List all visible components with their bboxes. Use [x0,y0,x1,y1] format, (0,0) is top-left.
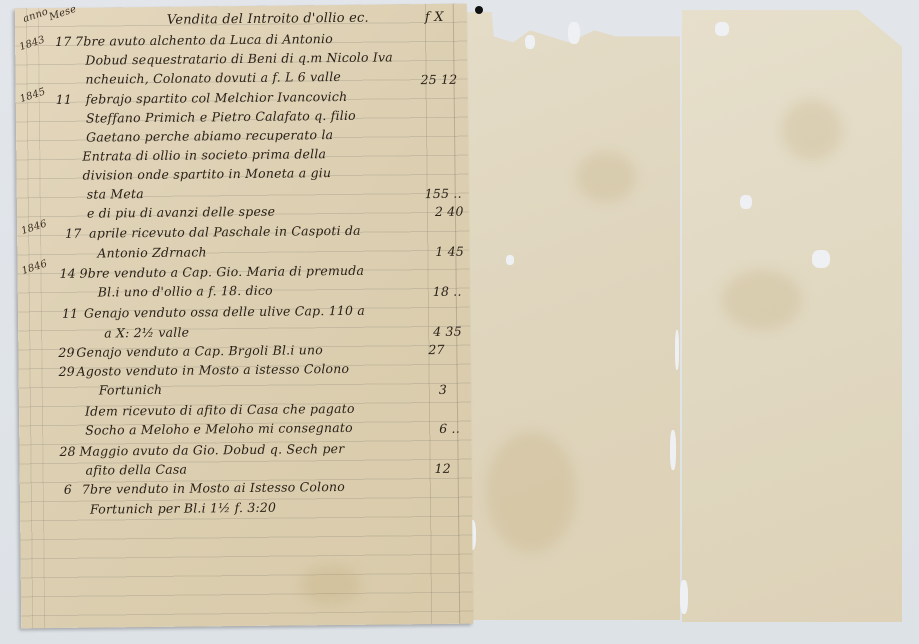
entry-line: aprile ricevuto dal Paschale in Caspoti … [89,223,361,241]
entry-day: 17 [65,226,81,241]
entry-line: Bl.i uno d'ollio a f. 18. dico [98,283,273,300]
entry-line: Steffano Primich e Pietro Calafato q. fi… [86,108,356,126]
entry-amount: 12 [435,461,451,476]
entry-year: 1846 [20,218,48,237]
entry-year: 1846 [20,258,48,277]
column-header-anno: anno [22,6,50,25]
ledger-page: anno Mese Vendita del Introito d'ollio e… [15,4,473,629]
entry-line: Maggio avuto da Gio. Dobud q. Sech per [79,441,344,459]
entry-amount: 27 [428,342,444,357]
paper-hole [715,22,729,36]
entry-day: 6 [64,482,72,497]
ledger-title: Vendita del Introito d'ollio ec. [167,11,369,28]
entry-line: Fortunich per Bl.i 1½ f. 3:20 [90,500,276,517]
entry-line: Agosto venduto in Mosto a istesso Colono [76,361,349,379]
paper-hole [740,195,752,209]
entry-amount: 25 12 [420,72,457,87]
entry-amount: 155 .. [425,186,462,201]
entry-day: 17 [55,34,71,49]
entry-amount: 1 45 [435,244,464,259]
entry-line: afito della Casa [86,462,188,478]
paper-hole [680,580,688,614]
entry-line: sta Meta [87,186,144,202]
entry-line: Genajo venduto ossa delle ulive Cap. 110… [84,303,365,321]
entry-day: 14 [59,266,75,281]
paper-hole [525,35,535,49]
entry-line: Genajo venduto a Cap. Brgoli Bl.i uno [76,342,323,360]
ink-spot [475,6,483,14]
paper-hole [812,250,830,268]
entry-year: 1843 [18,34,46,53]
entry-line: Antonio Zdrnach [97,244,207,260]
entry-line: Gaetano perche abiamo recuperato la [86,127,333,145]
entry-line: ncheuich, Colonato dovuti a f. L 6 valle [85,69,341,87]
entry-amount: 2 40 [435,204,464,219]
entry-line: 7bre avuto alchento da Luca di Antonio [75,31,333,49]
entry-line: e di piu di avanzi delle spese [87,204,275,221]
entry-line: 7bre venduto in Mosto ai Istesso Colono [82,479,345,497]
entry-day: 29 [58,364,74,379]
entry-day: 29 [58,345,74,360]
entry-line: Dobud sequestratario di Beni di q.m Nico… [85,49,393,67]
entry-year: 1845 [19,86,47,105]
entry-amount: 3 [439,382,447,397]
right-blank-page [682,10,902,622]
torn-middle-page [466,12,680,620]
paper-hole [675,330,679,370]
entry-day: 11 [62,306,78,321]
entry-line: Idem ricevuto di afito di Casa che pagat… [85,401,355,419]
entry-day: 11 [56,92,72,107]
paper-hole [568,22,580,44]
paper-hole [670,430,676,470]
currency-header: f X [425,10,444,25]
paper-hole [506,255,514,265]
entry-amount: 6 .. [439,421,460,436]
entry-day: 28 [59,444,75,459]
entry-line: 9bre venduto a Cap. Gio. Maria di premud… [79,263,364,281]
entry-line: division onde spartito in Moneta a giu [82,165,331,183]
entry-line: a X: 2½ valle [104,325,189,341]
entry-line: Entrata di ollio in societo prima della [82,146,326,164]
entry-line: Fortunich [99,382,163,398]
entry-line: febrajo spartito col Melchior Ivancovich [86,89,348,107]
entry-amount: 4 35 [433,324,462,339]
entry-line: Socho a Meloho e Meloho mi consegnato [85,420,353,438]
entry-amount: 18 .. [433,284,462,299]
